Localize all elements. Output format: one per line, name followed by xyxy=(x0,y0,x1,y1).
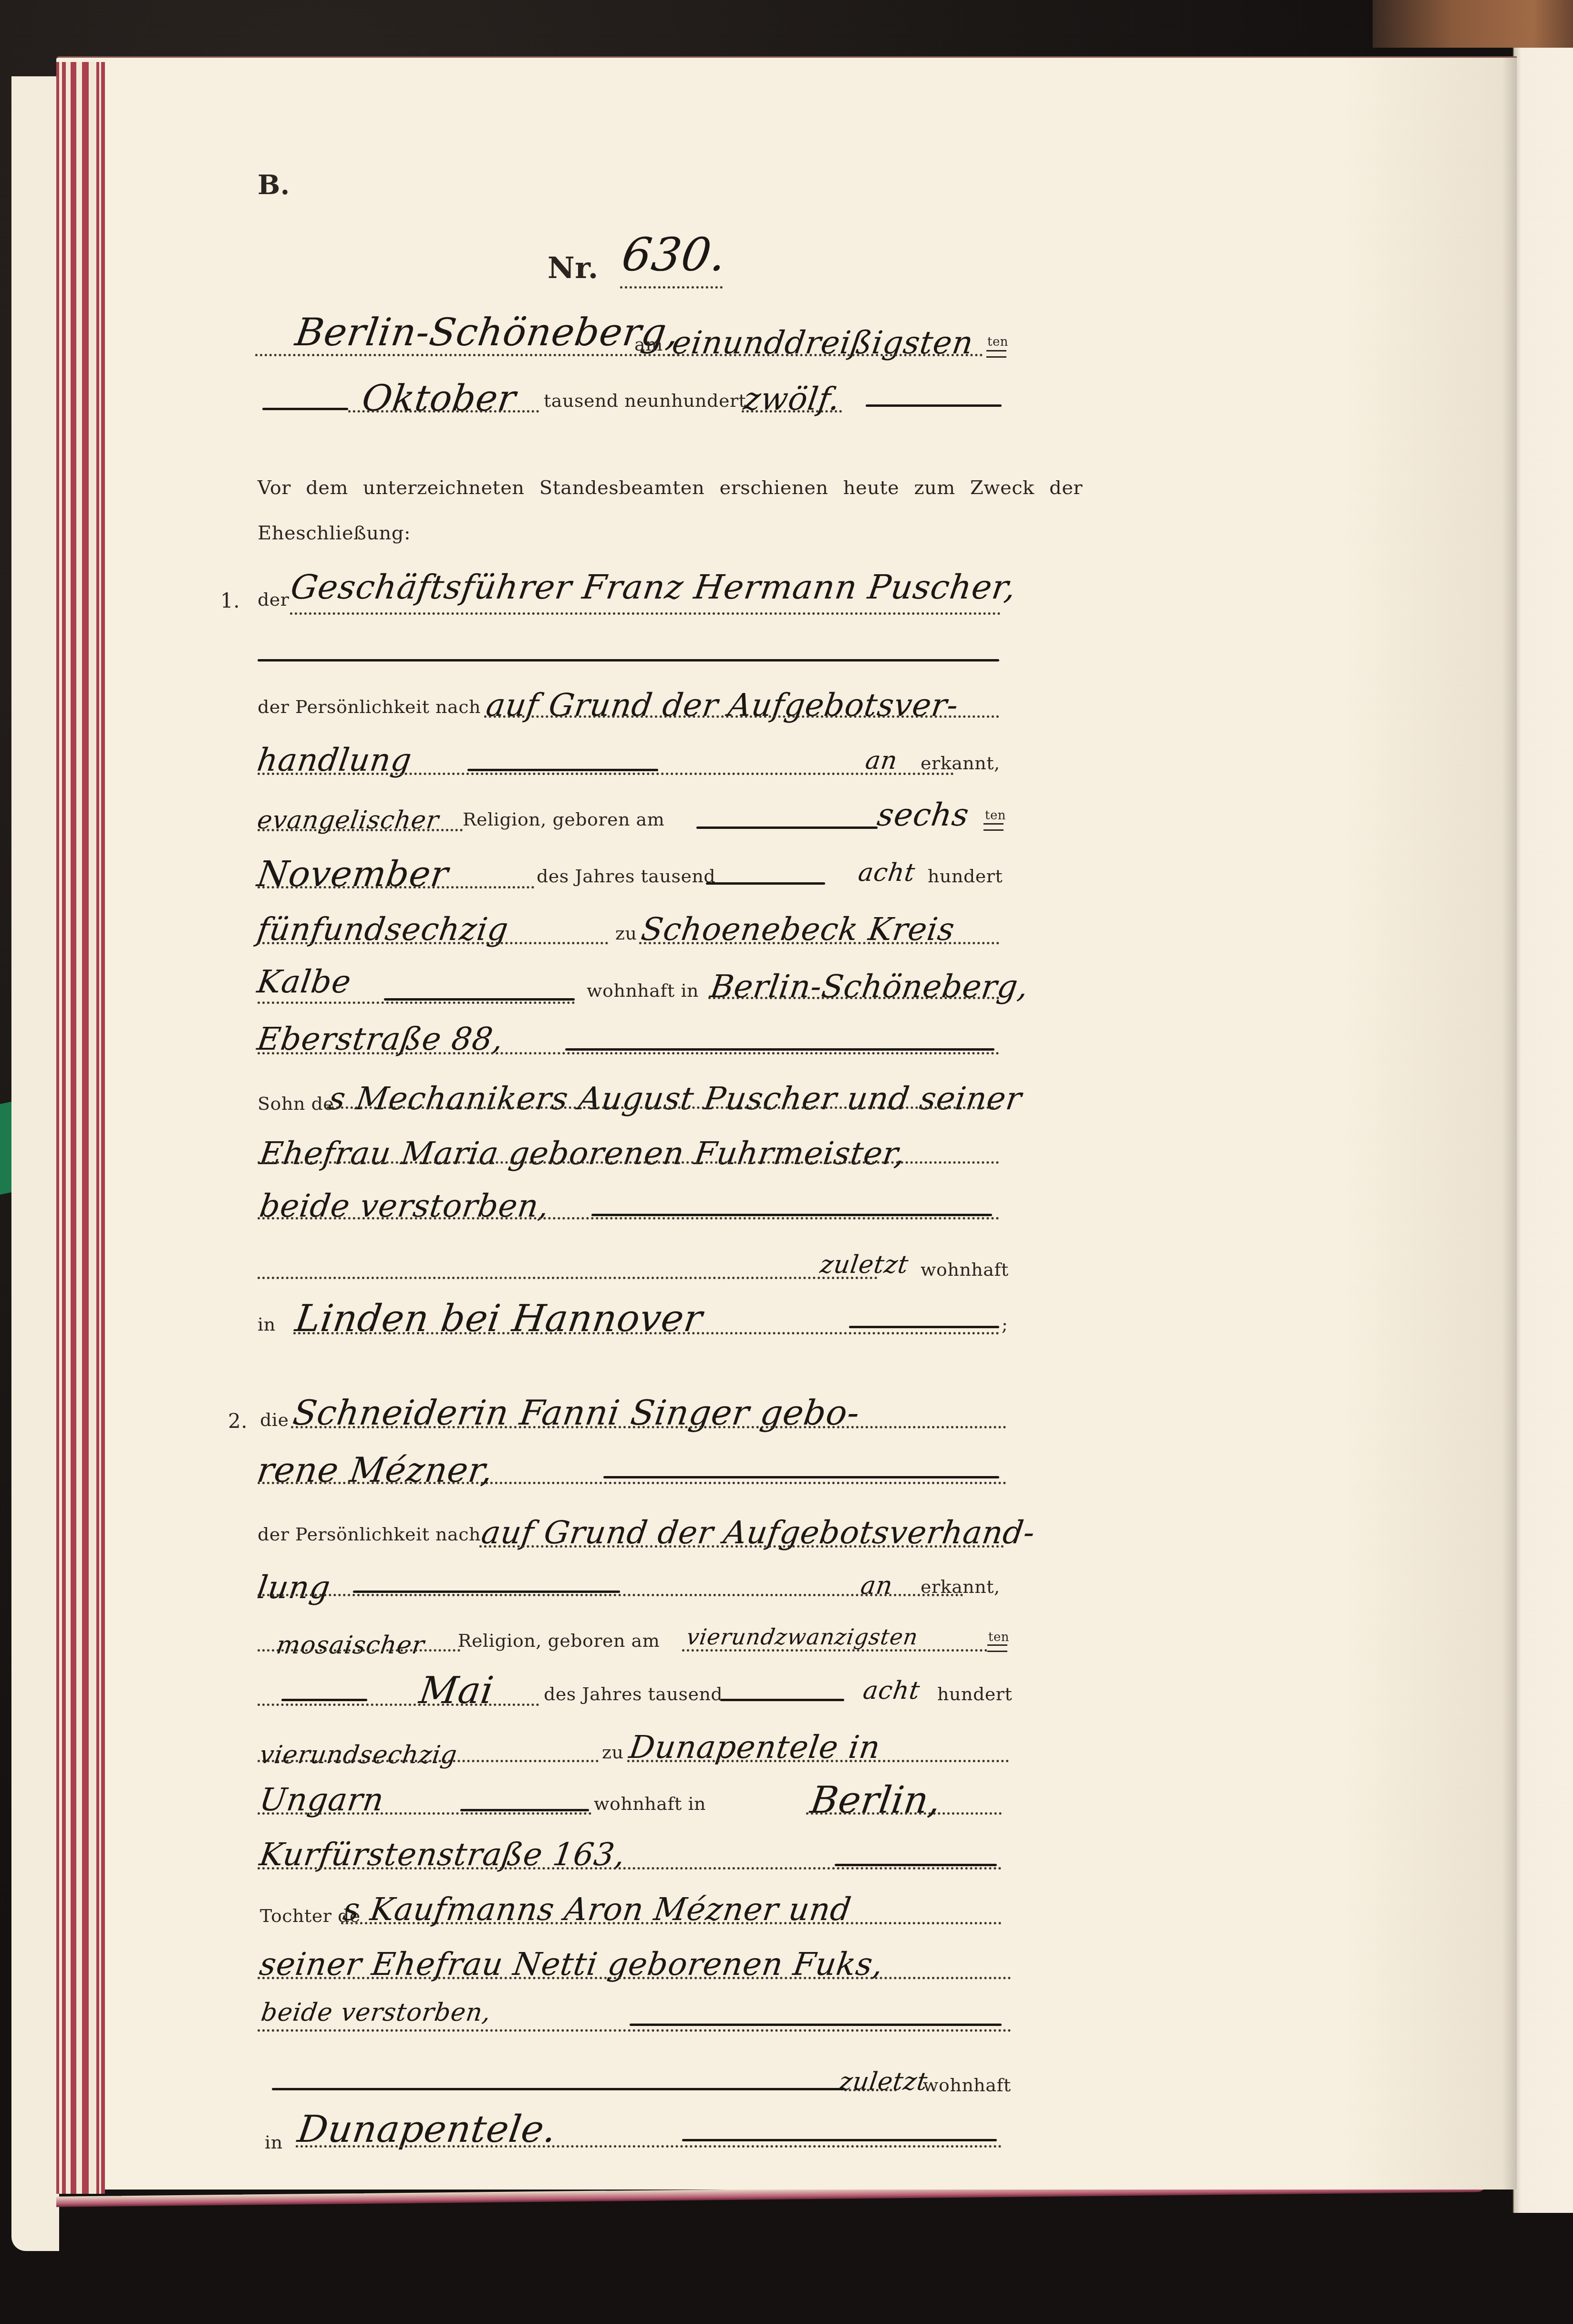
baseline xyxy=(258,1277,878,1279)
party1-birth-month: November xyxy=(255,854,451,895)
party1-residence-value: Berlin-Schöneberg, xyxy=(708,968,1031,1005)
fill-line xyxy=(272,2088,844,2090)
baseline xyxy=(258,1812,591,1815)
party1-last-residence-value: zuletzt xyxy=(818,1250,911,1279)
party2-birthplace-label: zu xyxy=(602,1742,624,1763)
party2-identity-label: der Persönlichkeit nach xyxy=(258,1524,481,1545)
party1-birth-day-suffix: ten xyxy=(985,808,1006,823)
day-suffix: ten xyxy=(987,335,1008,349)
party2-identity-suffix: erkannt, xyxy=(921,1576,1000,1597)
baseline xyxy=(258,1649,460,1652)
party1-name: Geschäftsführer Franz Hermann Puscher, xyxy=(288,568,1019,607)
fill-line xyxy=(467,769,658,771)
intro-line-1: Vor dem unterzeichneten Standesbeamten e… xyxy=(258,477,1083,499)
fill-line xyxy=(603,1476,999,1478)
party1-parents-1: s Mechanikers August Puscher und seiner xyxy=(327,1080,1025,1117)
party2-last-residence-place: Dunapentele. xyxy=(295,2108,559,2151)
fill-line xyxy=(849,1326,999,1328)
party2-birth-century-label: hundert xyxy=(937,1684,1012,1704)
am-label: am xyxy=(634,334,663,355)
party2-last-residence-label: wohnhaft xyxy=(923,2075,1011,2096)
baseline xyxy=(258,2029,1011,2032)
fill-line xyxy=(565,1048,994,1051)
party1-identity-suffix: erkannt, xyxy=(921,753,1000,774)
year-label: tausend neunhundert xyxy=(544,390,746,411)
party1-identity-value-1: auf Grund der Aufgebotsver- xyxy=(484,687,961,723)
baseline xyxy=(258,1704,539,1706)
fill-line xyxy=(591,1214,992,1216)
party2-parents-3: beide verstorben, xyxy=(259,1998,493,2027)
next-leaf-edge xyxy=(1513,48,1573,2213)
cover-corner xyxy=(1373,0,1573,48)
party2-birth-century: acht xyxy=(861,1676,922,1705)
fill-line xyxy=(835,1864,997,1866)
party2-residence-value: Berlin, xyxy=(808,1779,944,1822)
party2-birth-year: vierundsechzig xyxy=(258,1741,459,1769)
baseline xyxy=(296,2145,1002,2148)
party2-birth-day-value: vierundzwanzigsten xyxy=(685,1624,920,1650)
party2-religion-label: Religion, geboren am xyxy=(458,1630,660,1651)
baseline xyxy=(258,1594,963,1596)
party1-birth-year-label: des Jahres tausend xyxy=(537,866,715,887)
party1-birth-century: acht xyxy=(857,858,917,887)
red-ruled-margin xyxy=(56,62,109,2194)
baseline xyxy=(258,1052,999,1054)
fill-line xyxy=(866,404,1002,407)
section-letter: B. xyxy=(258,169,290,201)
baseline xyxy=(258,1217,999,1219)
baseline xyxy=(258,942,608,944)
party1-birth-day-value: sechs xyxy=(875,796,972,833)
previous-leaf-edge xyxy=(11,76,59,2251)
baseline xyxy=(258,829,463,831)
suffix-rule xyxy=(986,350,1006,358)
fill-line xyxy=(384,998,575,1001)
fill-line xyxy=(281,1699,367,1701)
baseline xyxy=(258,1867,1002,1870)
fill-line xyxy=(630,2024,1002,2026)
party2-article: die xyxy=(260,1409,289,1430)
baseline xyxy=(806,1812,1002,1815)
place-value: Berlin-Schöneberg, xyxy=(292,310,682,354)
party2-in-label: in xyxy=(265,2132,283,2153)
fill-line xyxy=(720,1699,844,1701)
party1-terminator: ; xyxy=(1002,1314,1008,1335)
party2-religion-value: mosaischer xyxy=(275,1631,426,1660)
fill-line xyxy=(696,826,878,829)
year-baseline xyxy=(742,410,842,413)
baseline xyxy=(682,1649,987,1652)
party1-birth-century-label: hundert xyxy=(928,866,1003,887)
party1-in-label: in xyxy=(258,1314,276,1335)
baseline xyxy=(341,1922,1002,1924)
baseline xyxy=(258,1482,1006,1484)
party1-identity-label: der Persönlichkeit nach xyxy=(258,696,481,717)
party2-number: 2. xyxy=(228,1409,248,1433)
party1-number: 1. xyxy=(220,589,240,612)
party1-religion-label: Religion, geboren am xyxy=(463,809,664,830)
baseline xyxy=(258,1002,575,1004)
month-value: Oktober xyxy=(360,377,519,419)
baseline xyxy=(627,1760,1009,1762)
month-baseline xyxy=(348,410,539,413)
party1-article: der xyxy=(258,589,289,610)
baseline xyxy=(708,997,999,999)
baseline xyxy=(258,886,534,888)
baseline xyxy=(291,1426,1006,1428)
baseline xyxy=(258,1977,1011,1979)
fill-line xyxy=(706,882,825,885)
party1-identity-value-end: an xyxy=(864,746,900,775)
fill-line xyxy=(460,1809,589,1811)
party2-identity-value-end: an xyxy=(859,1571,895,1600)
fill-line xyxy=(682,2139,997,2141)
baseline xyxy=(479,1545,1004,1548)
baseline xyxy=(258,1161,999,1164)
nr-value: 630. xyxy=(619,228,730,281)
party2-birth-day-suffix: ten xyxy=(988,1630,1009,1644)
intro-line-2: Eheschließung: xyxy=(258,522,411,544)
nr-baseline xyxy=(620,286,723,289)
party1-name-baseline xyxy=(290,612,1001,615)
day-baseline xyxy=(668,354,983,356)
baseline xyxy=(258,773,954,775)
party2-last-residence-value: zuletzt xyxy=(838,2067,930,2096)
party2-residence-label: wohnhaft in xyxy=(594,1793,706,1814)
baseline xyxy=(639,942,999,944)
baseline xyxy=(293,1332,999,1334)
party1-birthplace-2: Kalbe xyxy=(255,963,354,1000)
party1-birthplace-label: zu xyxy=(615,923,637,944)
suffix-rule xyxy=(987,1644,1007,1652)
fill-line xyxy=(353,1591,620,1593)
party2-identity-value-2: lung xyxy=(255,1569,333,1606)
fill-line xyxy=(262,408,348,410)
party2-birth-year-label: des Jahres tausend xyxy=(544,1684,723,1704)
baseline xyxy=(484,715,999,718)
party1-last-residence-label: wohnhaft xyxy=(921,1259,1009,1280)
party1-parents-label: Sohn de xyxy=(258,1093,334,1114)
party1-parents-2: Ehefrau Maria geborenen Fuhrmeister, xyxy=(258,1135,908,1172)
party1-residence-label: wohnhaft in xyxy=(587,980,699,1001)
baseline xyxy=(258,1760,599,1762)
baseline xyxy=(327,1106,999,1109)
nr-label: Nr. xyxy=(548,250,599,285)
suffix-rule xyxy=(983,823,1004,831)
place-baseline xyxy=(255,354,680,356)
fill-line xyxy=(258,659,999,661)
